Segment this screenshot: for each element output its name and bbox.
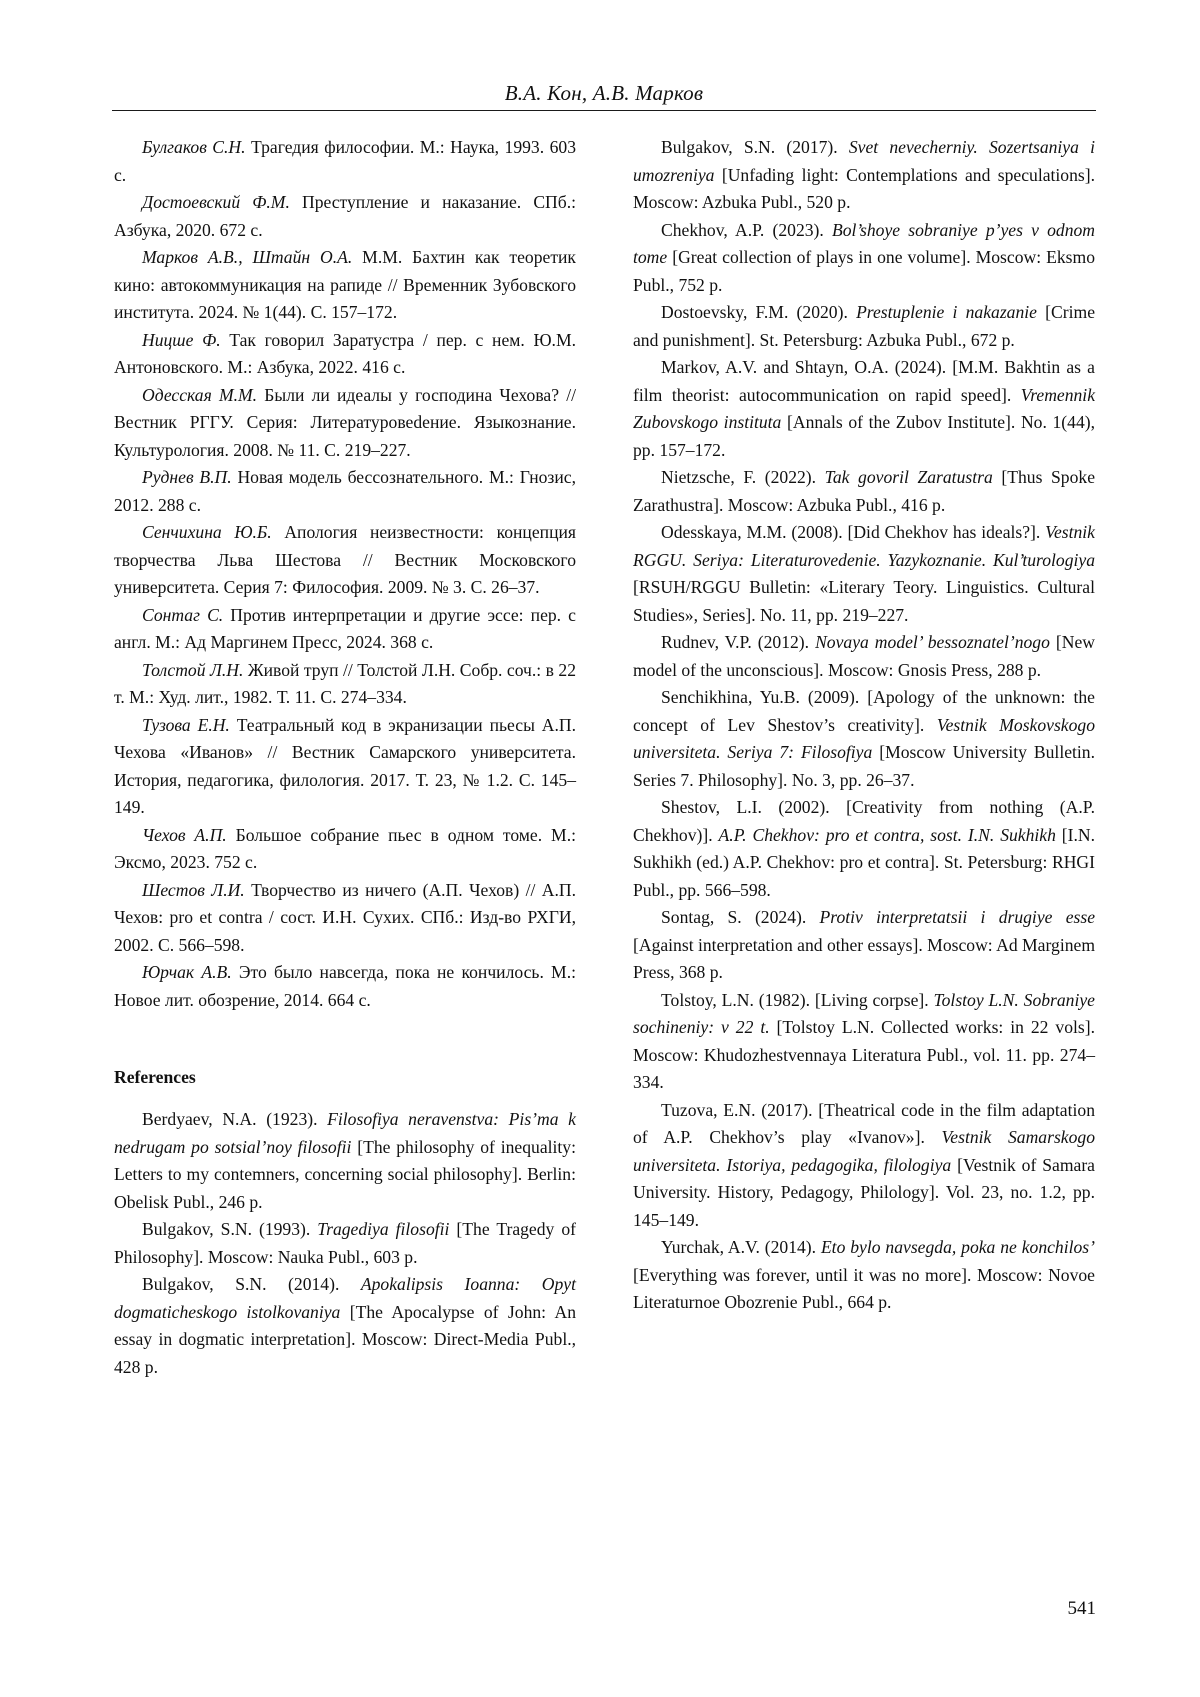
header-rule (112, 110, 1096, 111)
reference-entry: Руднев В.П. Новая модель бессознательног… (114, 464, 576, 519)
reference-entry: Tolstoy, L.N. (1982). [Living corpse]. T… (633, 987, 1095, 1097)
reference-title-italic: Шестов Л.И. (142, 880, 245, 900)
reference-title-italic: Булгаков С.Н. (142, 137, 246, 157)
reference-title-italic: Eto bylo navsegda, poka ne konchilos’ (821, 1237, 1095, 1257)
reference-title-italic: Толстой Л.Н. (142, 660, 243, 680)
reference-entry: Достоевский Ф.М. Преступление и наказани… (114, 189, 576, 244)
reference-entry: Senchikhina, Yu.B. (2009). [Apology of t… (633, 684, 1095, 794)
reference-text: Nietzsche, F. (2022). (661, 467, 825, 487)
reference-entry: Булгаков С.Н. Трагедия философии. М.: На… (114, 134, 576, 189)
reference-entry: Berdyaev, N.A. (1923). Filosofiya nerave… (114, 1106, 576, 1216)
reference-entry: Толстой Л.Н. Живой труп // Толстой Л.Н. … (114, 657, 576, 712)
reference-entry: Odesskaya, M.M. (2008). [Did Chekhov has… (633, 519, 1095, 629)
reference-title-italic: Prestuplenie i nakaza­nie (856, 302, 1037, 322)
reference-text: Sontag, S. (2024). (661, 907, 820, 927)
reference-title-italic: Чехов А.П. (142, 825, 227, 845)
reference-entry: Шестов Л.И. Творчество из ничего (А.П. Ч… (114, 877, 576, 960)
reference-text: [Everything was forever, until it was no… (633, 1265, 1095, 1313)
running-head: В.А. Кон, А.В. Марков (112, 80, 1096, 106)
reference-entry: Rudnev, V.P. (2012). Novaya model’ besso… (633, 629, 1095, 684)
russian-reference-list: Булгаков С.Н. Трагедия философии. М.: На… (114, 134, 576, 1014)
reference-entry: Одесская М.М. Были ли идеалы у господина… (114, 382, 576, 465)
reference-text: Odesskaya, M.M. (2008). [Did Chekhov has… (661, 522, 1045, 542)
reference-entry: Markov, A.V. and Shtayn, O.A. (2024). [M… (633, 354, 1095, 464)
right-column: Bulgakov, S.N. (2017). Svet nevecherniy.… (633, 134, 1095, 1317)
reference-text: Tolstoy, L.N. (1982). [Living corpse]. (661, 990, 933, 1010)
reference-title-italic: Руднев В.П. (142, 467, 232, 487)
reference-title-italic: Юрчак А.В. (142, 962, 232, 982)
reference-entry: Ницше Ф. Так говорил Заратустра / пер. с… (114, 327, 576, 382)
reference-text: Bulgakov, S.N. (2014). (142, 1274, 361, 1294)
reference-title-italic: Сонтаг С. (142, 605, 223, 625)
reference-entry: Сенчихина Ю.Б. Апология неизвестности: к… (114, 519, 576, 602)
reference-title-italic: Ницше Ф. (142, 330, 221, 350)
english-reference-list-left: Berdyaev, N.A. (1923). Filosofiya nerave… (114, 1106, 576, 1381)
reference-entry: Bulgakov, S.N. (2014). Apokalipsis Ioann… (114, 1271, 576, 1381)
reference-entry: Сонтаг С. Против интерпретации и другие … (114, 602, 576, 657)
reference-title-italic: Protiv interpretatsii i drugiye esse (820, 907, 1096, 927)
reference-entry: Chekhov, A.P. (2023). Bol’shoye sobraniy… (633, 217, 1095, 300)
reference-entry: Tuzova, E.N. (2017). [Theatrical code in… (633, 1097, 1095, 1235)
reference-text: Rudnev, V.P. (2012). (661, 632, 815, 652)
references-heading: References (114, 1064, 576, 1091)
reference-entry: Юрчак А.В. Это было навсегда, пока не ко… (114, 959, 576, 1014)
reference-entry: Чехов А.П. Большое собрание пьес в одном… (114, 822, 576, 877)
reference-title-italic: Tragediya filosofii (317, 1219, 449, 1239)
reference-text: Berdyaev, N.A. (1923). (142, 1109, 327, 1129)
reference-title-italic: A.P. Chekhov: pro et contra, sost. I.N. … (719, 825, 1056, 845)
reference-text: Bulgakov, S.N. (2017). (661, 137, 849, 157)
reference-title-italic: Тузова Е.Н. (142, 715, 230, 735)
page-number: 541 (1040, 1597, 1096, 1621)
reference-entry: Sontag, S. (2024). Protiv interpretatsii… (633, 904, 1095, 987)
reference-title-italic: Сенчихина Ю.Б. (142, 522, 272, 542)
reference-text: [RSUH/RGGU Bulle­tin: «Literary Teory. L… (633, 577, 1095, 625)
reference-entry: Тузова Е.Н. Театральный код в экранизаци… (114, 712, 576, 822)
reference-text: Dostoevsky, F.M. (2020). (661, 302, 856, 322)
reference-text: Yurchak, A.V. (2014). (661, 1237, 821, 1257)
reference-title-italic: Достоевский Ф.М. (142, 192, 290, 212)
reference-title-italic: Novaya model’ bessoz­natel’nogo (815, 632, 1050, 652)
reference-text: [Against interpretation and other essays… (633, 935, 1095, 983)
reference-entry: Shestov, L.I. (2002). [Creativity from n… (633, 794, 1095, 904)
reference-entry: Марков А.В., Штайн О.А. М.М. Бахтин как … (114, 244, 576, 327)
reference-title-italic: Одесская М.М. (142, 385, 257, 405)
reference-entry: Yurchak, A.V. (2014). Eto bylo navsegda,… (633, 1234, 1095, 1317)
english-reference-list-right: Bulgakov, S.N. (2017). Svet nevecherniy.… (633, 134, 1095, 1317)
reference-text: Bulgakov, S.N. (1993). (142, 1219, 317, 1239)
reference-title-italic: Tak govoril Zaratustra (825, 467, 993, 487)
left-column: Булгаков С.Н. Трагедия философии. М.: На… (114, 134, 576, 1381)
reference-title-italic: Марков А.В., Штайн О.А. (142, 247, 352, 267)
reference-entry: Bulgakov, S.N. (2017). Svet nevecherniy.… (633, 134, 1095, 217)
reference-entry: Nietzsche, F. (2022). Tak govoril Zaratu… (633, 464, 1095, 519)
reference-entry: Bulgakov, S.N. (1993). Tragediya filosof… (114, 1216, 576, 1271)
reference-entry: Dostoevsky, F.M. (2020). Prestuplenie i … (633, 299, 1095, 354)
reference-text: [Great collection of plays in one vol­um… (633, 247, 1095, 295)
reference-text: Chekhov, A.P. (2023). (661, 220, 832, 240)
